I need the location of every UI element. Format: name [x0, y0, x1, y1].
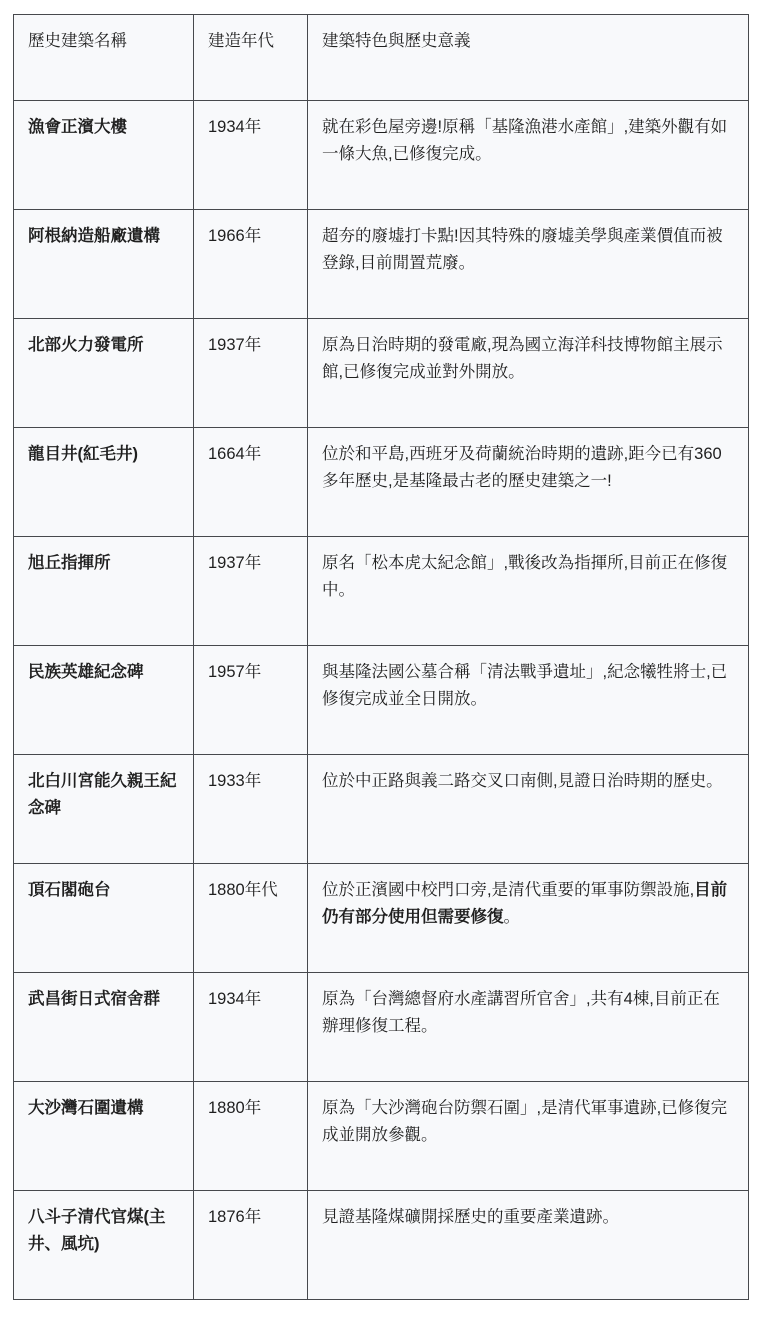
table-row: 北部火力發電所1937年原為日治時期的發電廠,現為國立海洋科技博物館主展示館,已…	[14, 319, 749, 428]
description-segment: 位於正濱國中校門口旁,是清代重要的軍事防禦設施,	[322, 881, 694, 899]
description-cell: 原為日治時期的發電廠,現為國立海洋科技博物館主展示館,已修復完成並對外開放。	[308, 319, 749, 428]
description-cell: 超夯的廢墟打卡點!因其特殊的廢墟美學與產業價值而被登錄,目前閒置荒廢。	[308, 210, 749, 319]
description-cell: 位於和平島,西班牙及荷蘭統治時期的遺跡,距今已有360多年歷史,是基隆最古老的歷…	[308, 428, 749, 537]
table-body: 漁會正濱大樓1934年就在彩色屋旁邊!原稱「基隆漁港水產館」,建築外觀有如一條大…	[14, 101, 749, 1300]
table-row: 北白川宮能久親王紀念碑1933年位於中正路與義二路交叉口南側,見證日治時期的歷史…	[14, 755, 749, 864]
description-segment: 位於中正路與義二路交叉口南側,見證日治時期的歷史。	[322, 772, 723, 790]
description-segment: 原為日治時期的發電廠,現為國立海洋科技博物館主展示館,已修復完成並對外開放。	[322, 336, 723, 381]
description-segment: 超夯的廢墟打卡點!因其特殊的廢墟美學與產業價值而被登錄,目前閒置荒廢。	[322, 227, 723, 272]
table-row: 龍目井(紅毛井)1664年位於和平島,西班牙及荷蘭統治時期的遺跡,距今已有360…	[14, 428, 749, 537]
description-cell: 原為「大沙灣砲台防禦石圍」,是清代軍事遺跡,已修復完成並開放參觀。	[308, 1082, 749, 1191]
construction-era-cell: 1934年	[194, 973, 308, 1082]
heritage-table-container: 歷史建築名稱 建造年代 建築特色與歷史意義 漁會正濱大樓1934年就在彩色屋旁邊…	[0, 0, 768, 1300]
heritage-table: 歷史建築名稱 建造年代 建築特色與歷史意義 漁會正濱大樓1934年就在彩色屋旁邊…	[13, 14, 749, 1300]
building-name-cell: 阿根納造船廠遺構	[14, 210, 194, 319]
building-name-cell: 漁會正濱大樓	[14, 101, 194, 210]
description-segment: 就在彩色屋旁邊!原稱「基隆漁港水產館」,建築外觀有如一條大魚,已修復完成。	[322, 118, 727, 163]
description-cell: 位於中正路與義二路交叉口南側,見證日治時期的歷史。	[308, 755, 749, 864]
construction-era-cell: 1880年代	[194, 864, 308, 973]
building-name-cell: 大沙灣石圍遺構	[14, 1082, 194, 1191]
column-header-construction-era: 建造年代	[194, 15, 308, 101]
description-segment: 位於和平島,西班牙及荷蘭統治時期的遺跡,距今已有360多年歷史,是基隆最古老的歷…	[322, 445, 722, 490]
column-header-building-name: 歷史建築名稱	[14, 15, 194, 101]
column-header-features-significance: 建築特色與歷史意義	[308, 15, 749, 101]
table-row: 頂石閣砲台1880年代位於正濱國中校門口旁,是清代重要的軍事防禦設施,目前仍有部…	[14, 864, 749, 973]
description-segment: 原名「松本虎太紀念館」,戰後改為指揮所,目前正在修復中。	[322, 554, 727, 599]
construction-era-cell: 1937年	[194, 319, 308, 428]
table-row: 武昌街日式宿舍群1934年原為「台灣總督府水產講習所官舍」,共有4棟,目前正在辦…	[14, 973, 749, 1082]
description-segment: 見證基隆煤礦開採歷史的重要產業遺跡。	[322, 1208, 619, 1226]
building-name-cell: 龍目井(紅毛井)	[14, 428, 194, 537]
construction-era-cell: 1966年	[194, 210, 308, 319]
description-cell: 原為「台灣總督府水產講習所官舍」,共有4棟,目前正在辦理修復工程。	[308, 973, 749, 1082]
construction-era-cell: 1876年	[194, 1191, 308, 1300]
building-name-cell: 旭丘指揮所	[14, 537, 194, 646]
table-row: 大沙灣石圍遺構1880年原為「大沙灣砲台防禦石圍」,是清代軍事遺跡,已修復完成並…	[14, 1082, 749, 1191]
description-segment: 原為「台灣總督府水產講習所官舍」,共有4棟,目前正在辦理修復工程。	[322, 990, 720, 1035]
construction-era-cell: 1934年	[194, 101, 308, 210]
construction-era-cell: 1937年	[194, 537, 308, 646]
description-cell: 就在彩色屋旁邊!原稱「基隆漁港水產館」,建築外觀有如一條大魚,已修復完成。	[308, 101, 749, 210]
building-name-cell: 民族英雄紀念碑	[14, 646, 194, 755]
building-name-cell: 北部火力發電所	[14, 319, 194, 428]
table-row: 阿根納造船廠遺構1966年超夯的廢墟打卡點!因其特殊的廢墟美學與產業價值而被登錄…	[14, 210, 749, 319]
table-row: 漁會正濱大樓1934年就在彩色屋旁邊!原稱「基隆漁港水產館」,建築外觀有如一條大…	[14, 101, 749, 210]
description-segment: 原為「大沙灣砲台防禦石圍」,是清代軍事遺跡,已修復完成並開放參觀。	[322, 1099, 727, 1144]
building-name-cell: 武昌街日式宿舍群	[14, 973, 194, 1082]
table-row: 旭丘指揮所1937年原名「松本虎太紀念館」,戰後改為指揮所,目前正在修復中。	[14, 537, 749, 646]
building-name-cell: 頂石閣砲台	[14, 864, 194, 973]
description-segment: 與基隆法國公墓合稱「清法戰爭遺址」,紀念犧牲將士,已修復完成並全日開放。	[322, 663, 727, 708]
description-cell: 原名「松本虎太紀念館」,戰後改為指揮所,目前正在修復中。	[308, 537, 749, 646]
building-name-cell: 八斗子清代官煤(主井、風坑)	[14, 1191, 194, 1300]
building-name-cell: 北白川宮能久親王紀念碑	[14, 755, 194, 864]
construction-era-cell: 1933年	[194, 755, 308, 864]
description-cell: 位於正濱國中校門口旁,是清代重要的軍事防禦設施,目前仍有部分使用但需要修復。	[308, 864, 749, 973]
construction-era-cell: 1957年	[194, 646, 308, 755]
description-segment: 。	[504, 908, 521, 926]
table-row: 八斗子清代官煤(主井、風坑)1876年見證基隆煤礦開採歷史的重要產業遺跡。	[14, 1191, 749, 1300]
table-row: 民族英雄紀念碑1957年與基隆法國公墓合稱「清法戰爭遺址」,紀念犧牲將士,已修復…	[14, 646, 749, 755]
description-cell: 見證基隆煤礦開採歷史的重要產業遺跡。	[308, 1191, 749, 1300]
construction-era-cell: 1880年	[194, 1082, 308, 1191]
table-header-row: 歷史建築名稱 建造年代 建築特色與歷史意義	[14, 15, 749, 101]
construction-era-cell: 1664年	[194, 428, 308, 537]
description-cell: 與基隆法國公墓合稱「清法戰爭遺址」,紀念犧牲將士,已修復完成並全日開放。	[308, 646, 749, 755]
